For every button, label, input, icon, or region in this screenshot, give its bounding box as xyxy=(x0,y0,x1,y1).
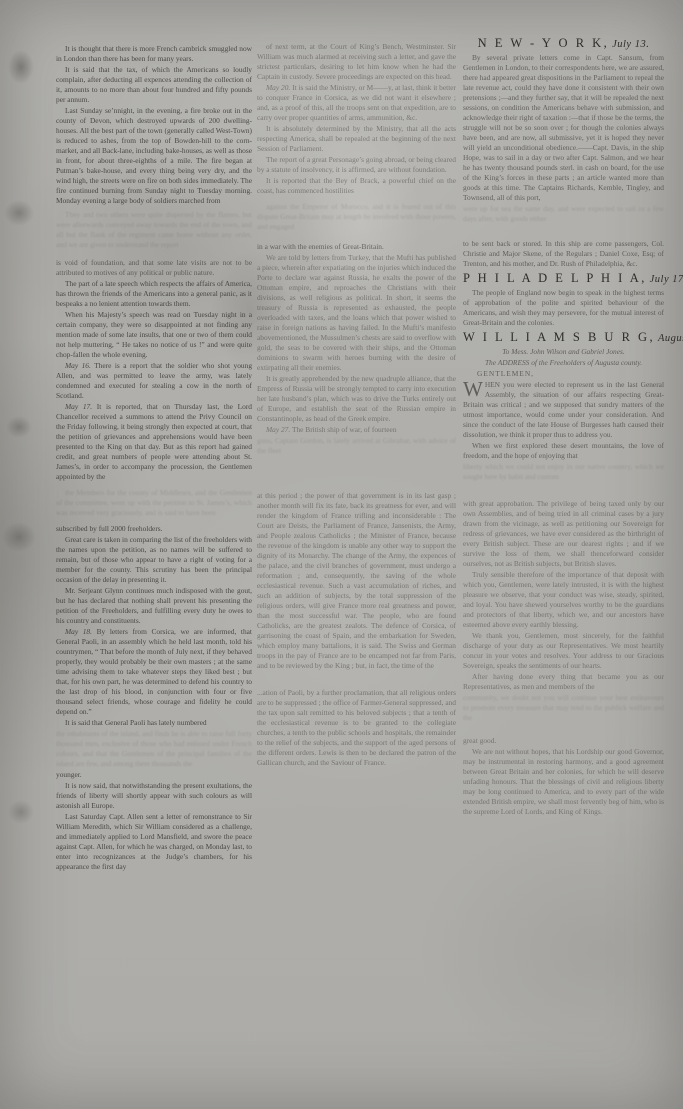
dateline-city: W I L L I A M S B U R G, xyxy=(463,330,655,344)
news-paragraph: It is absolutely determined by the Minis… xyxy=(257,124,456,154)
paragraph-text: The British ship of war, of fourteen xyxy=(292,425,397,434)
news-paragraph: We are told by letters from Turkey, that… xyxy=(257,253,456,373)
scan-smudge xyxy=(6,416,32,438)
news-paragraph: May 17. It is reported, that on Thursday… xyxy=(56,402,252,482)
news-paragraph: Last Saturday Capt. Allen sent a letter … xyxy=(56,812,252,872)
news-paragraph-illegible: the inhabitants of the island, and finds… xyxy=(56,729,252,769)
news-paragraph: By several private letters come in Capt.… xyxy=(463,53,664,203)
news-paragraph: The report of a great Personage’s going … xyxy=(257,155,456,175)
scan-smudge xyxy=(8,50,34,84)
news-paragraph: is void of foundation, and that some lat… xyxy=(56,258,252,278)
news-paragraph-illegible: guns, Captain Gordon, is lately arrived … xyxy=(257,436,456,456)
dateline-city: N E W - Y O R K, xyxy=(478,36,610,50)
news-paragraph: After having done every thing that becam… xyxy=(463,672,664,692)
column-gap xyxy=(463,483,664,499)
news-paragraph: Last Sunday se’nnight, in the evening, a… xyxy=(56,106,252,206)
column-gap xyxy=(257,672,456,688)
news-paragraph: to be sent back or stored. In this ship … xyxy=(463,239,664,269)
address-recipients: To Mess. John Wilson and Gabriel Jones. xyxy=(463,347,664,357)
paragraph-date: May 27. xyxy=(266,425,290,434)
news-paragraph: When his Majesty’s speech was read on Tu… xyxy=(56,310,252,360)
news-paragraph: It is greatly apprehended by the new qua… xyxy=(257,374,456,424)
news-paragraph: May 16. There is a report that the soldi… xyxy=(56,361,252,401)
paragraph-date: May 20. xyxy=(266,83,290,92)
news-paragraph-illegible: community, we doubt not you will continu… xyxy=(463,693,664,723)
news-column-right: N E W - Y O R K, July 13. By several pri… xyxy=(463,34,664,818)
column-gap xyxy=(257,457,456,491)
news-paragraph: subscribed by full 2000 freeholders. xyxy=(56,524,252,534)
address-salutation: GENTLEMEN, xyxy=(463,369,664,379)
dateline-heading-new-york: N E W - Y O R K, July 13. xyxy=(463,38,664,50)
dateline-date: July 13. xyxy=(612,39,649,50)
news-column-middle: of next term, at the Court of King’s Ben… xyxy=(257,42,456,769)
news-paragraph: great good. xyxy=(463,736,664,746)
news-paragraph: WHEN you were elected to represent us in… xyxy=(463,380,664,440)
news-paragraph: May 18. By letters from Corsica, we are … xyxy=(56,627,252,717)
paragraph-date: May 18. xyxy=(65,627,92,636)
dateline-heading-williamsburg: W I L L I A M S B U R G, August 3. xyxy=(463,332,664,344)
dateline-heading-philadelphia: P H I L A D E L P H I A, July 17. xyxy=(463,273,664,285)
scan-smudge xyxy=(2,522,36,552)
news-paragraph: of next term, at the Court of King’s Ben… xyxy=(257,42,456,82)
dateline-date: August 3. xyxy=(658,333,683,344)
news-paragraph-illegible: the Members for the county of Middlesex,… xyxy=(56,488,252,518)
column-gap xyxy=(463,225,664,239)
news-paragraph: Truly sensible therefore of the importan… xyxy=(463,570,664,630)
news-paragraph: with great approbation. The privilege of… xyxy=(463,499,664,569)
news-paragraph: We are not without hopes, that his Lords… xyxy=(463,747,664,817)
news-paragraph-illegible: against the Emperor of Morocco, and it i… xyxy=(257,202,456,232)
column-gap xyxy=(463,724,664,736)
news-paragraph: in a war with the enemies of Great-Brita… xyxy=(257,242,456,252)
news-column-left: It is thought that there is more French … xyxy=(56,44,252,873)
scan-smudge xyxy=(8,800,34,824)
paragraph-date: May 17. xyxy=(65,402,92,411)
address-title: The ADDRESS of the Freeholders of August… xyxy=(463,358,664,368)
news-paragraph: at this period ; the power of that gover… xyxy=(257,491,456,671)
news-paragraph: The people of England now begin to speak… xyxy=(463,288,664,328)
news-paragraph: May 20. It is said the Ministry, or M——y… xyxy=(257,83,456,123)
news-paragraph: We thank you, Gentlemen, most sincerely,… xyxy=(463,631,664,671)
news-paragraph: It is said that the tax, of which the Am… xyxy=(56,65,252,105)
news-paragraph: The part of a late speech which respects… xyxy=(56,279,252,309)
news-paragraph: May 27. The British ship of war, of four… xyxy=(257,425,456,435)
paragraph-text: HEN you were elected to represent us in … xyxy=(463,380,664,439)
news-paragraph-illegible: They and two others were quite dispersed… xyxy=(56,210,252,250)
newspaper-scan-page: It is thought that there is more French … xyxy=(0,0,683,1109)
dateline-date: July 17. xyxy=(650,274,683,285)
paragraph-text: It is reported, that on Thursday last, t… xyxy=(56,402,252,481)
news-paragraph: It is said that General Paoli has lately… xyxy=(56,718,252,728)
news-paragraph-illegible: were up for sea the same day, and were e… xyxy=(463,204,664,224)
news-paragraph: It is thought that there is more French … xyxy=(56,44,252,64)
news-paragraph: Mr. Serjeant Glynn continues much indisp… xyxy=(56,586,252,626)
news-paragraph-illegible: liberty which we could not enjoy in our … xyxy=(463,462,664,482)
drop-cap: W xyxy=(463,380,485,398)
news-paragraph: Great care is taken in comparing the lis… xyxy=(56,535,252,585)
paragraph-text: By letters from Corsica, we are informed… xyxy=(56,627,252,716)
news-paragraph: When we first explored these desert moun… xyxy=(463,441,664,461)
news-paragraph: It is now said, that notwithstanding the… xyxy=(56,781,252,811)
news-paragraph: It is reported that the Bey of Brack, a … xyxy=(257,176,456,196)
paragraph-date: May 16. xyxy=(65,361,91,370)
news-paragraph: ...ation of Paoli, by a further proclama… xyxy=(257,688,456,768)
scan-smudge xyxy=(4,200,34,226)
news-paragraph: younger. xyxy=(56,770,252,780)
dateline-city: P H I L A D E L P H I A, xyxy=(463,271,647,285)
